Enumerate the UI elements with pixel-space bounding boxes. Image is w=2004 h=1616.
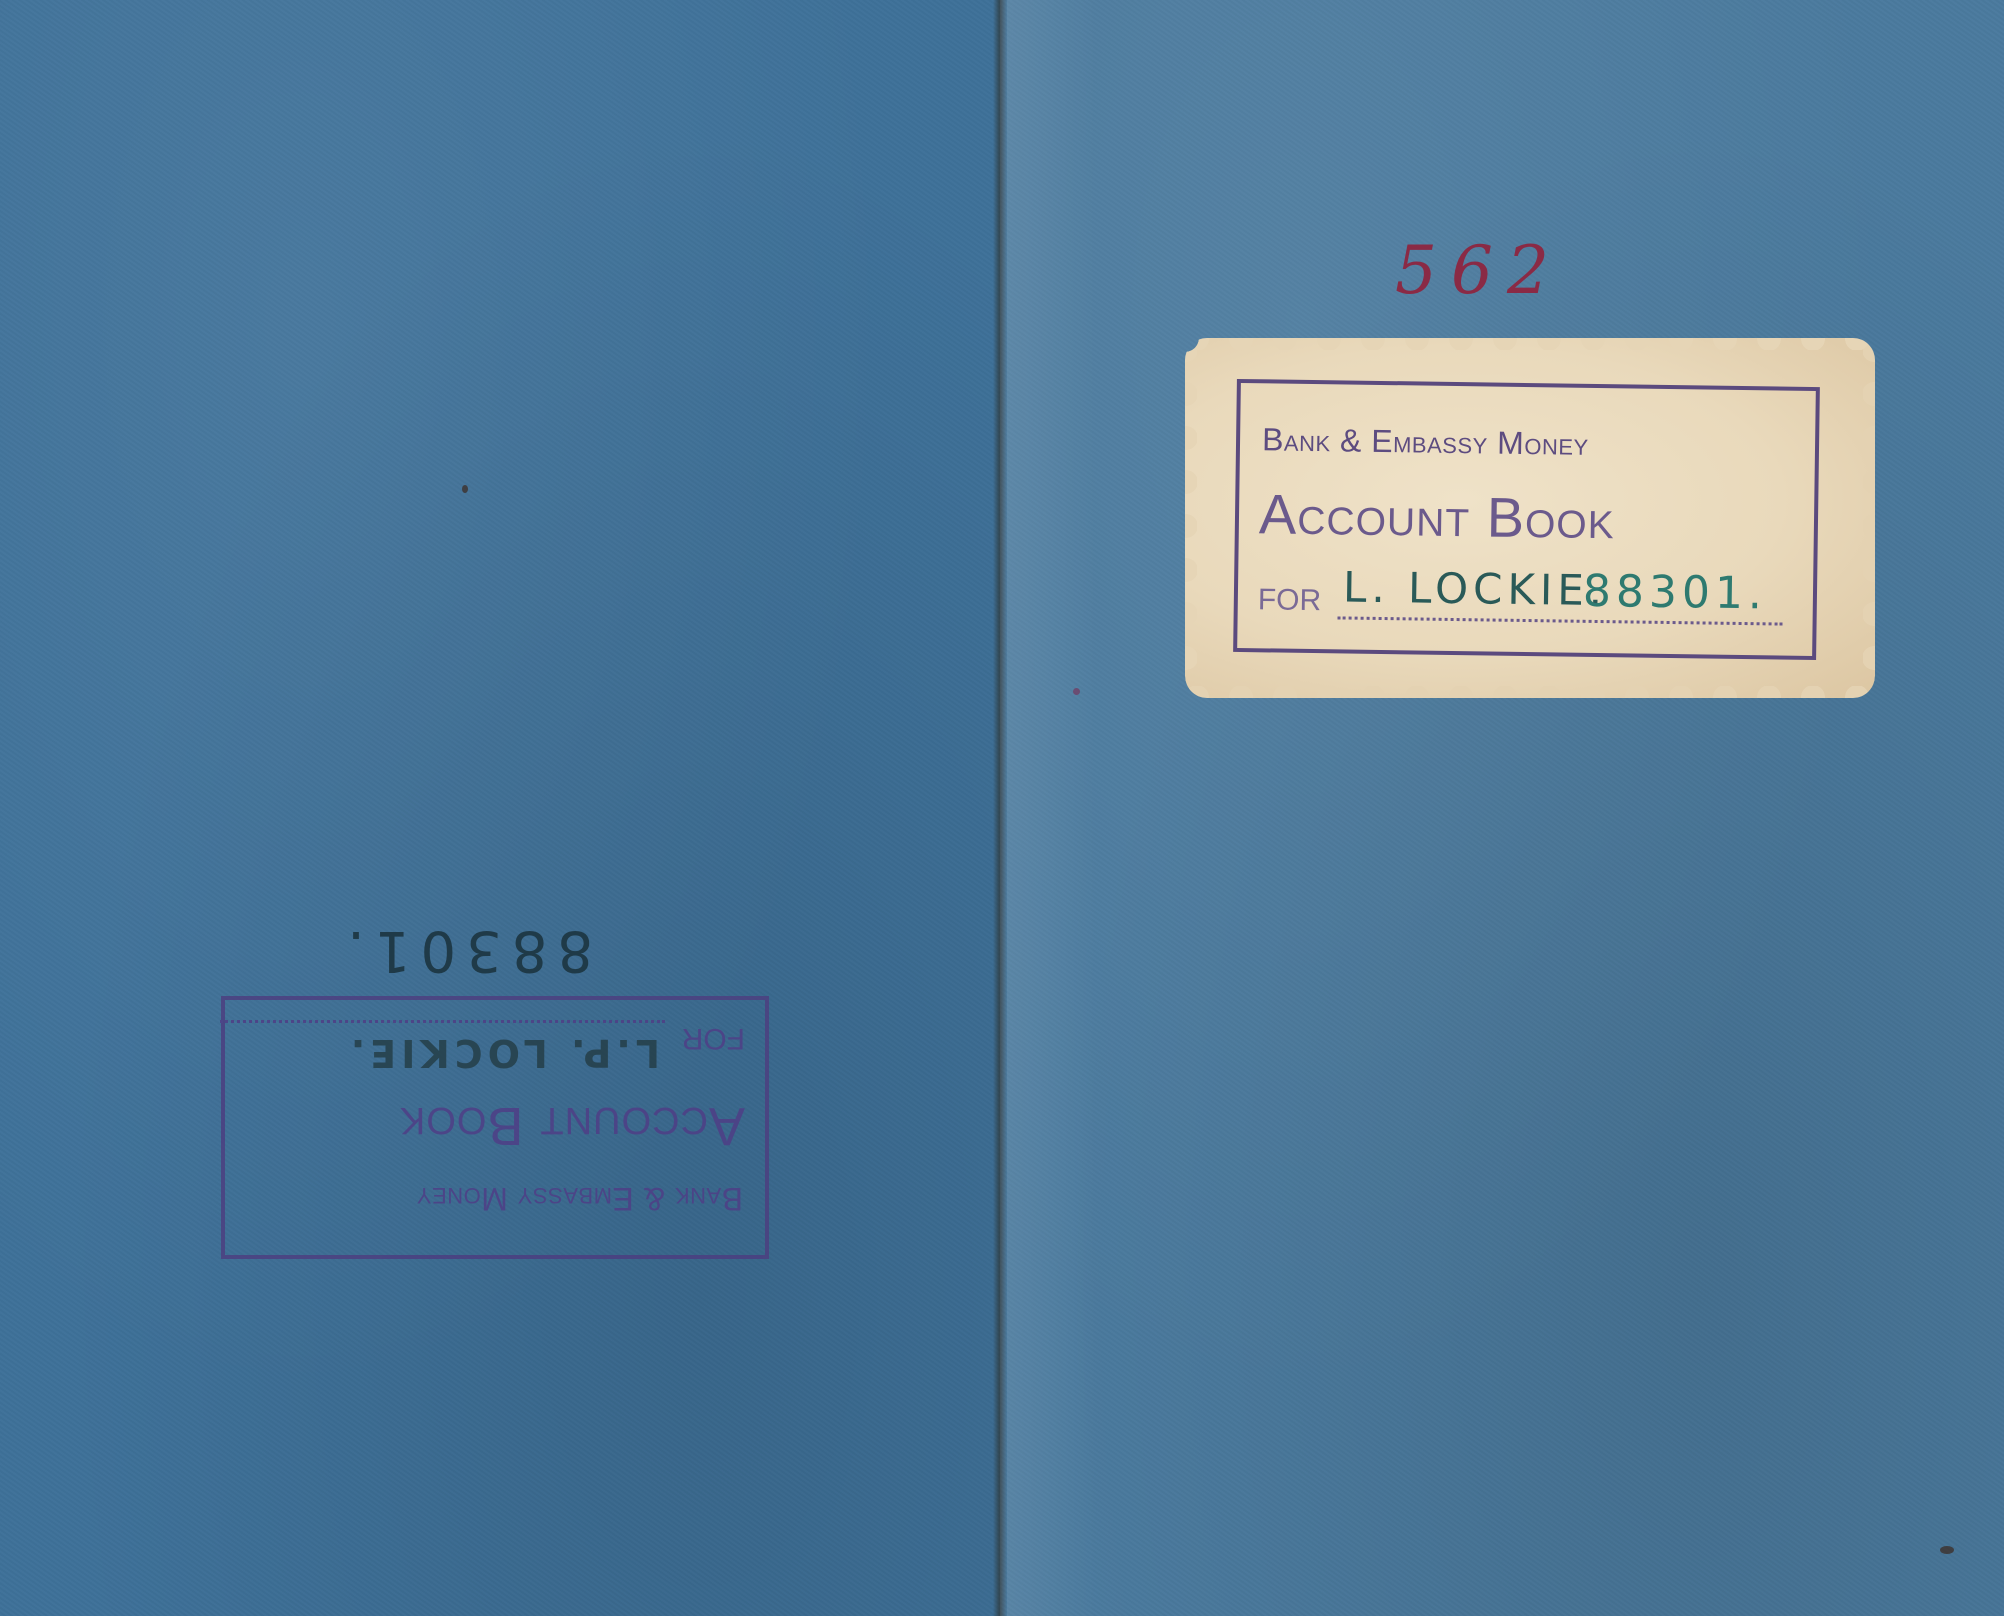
- stamp-border: Bank & Embassy Money Account Book FOR L.…: [221, 996, 769, 1259]
- back-cover: Bank & Embassy Money Account Book FOR L.…: [0, 0, 1000, 1616]
- spine-fold: [993, 0, 1007, 1616]
- handwritten-reference-number: 562: [1395, 232, 1563, 309]
- stamp-border: Bank & Embassy Money Account Book FOR L.…: [1233, 379, 1820, 660]
- front-cover-label: Bank & Embassy Money Account Book FOR L.…: [1185, 338, 1875, 698]
- spine-highlight: [1007, 0, 1097, 1616]
- handwritten-account-number: 88301.: [337, 918, 593, 983]
- stamp-dotted-line: [220, 1020, 665, 1023]
- stamp-title: Account Book: [399, 1095, 745, 1157]
- back-cover-stamp: Bank & Embassy Money Account Book FOR L.…: [218, 908, 773, 1263]
- handwritten-account-number: 88301.: [1583, 566, 1768, 620]
- stain-mark: [462, 485, 468, 493]
- stamp-bank-name: Bank & Embassy Money: [1262, 421, 1589, 463]
- stain-mark: [1940, 1546, 1954, 1554]
- handwritten-owner-name: L. LOCKIE.: [1343, 562, 1608, 615]
- stamp-bank-name: Bank & Embassy Money: [416, 1180, 743, 1217]
- handwritten-owner-name: L.P. LOCKIE.: [346, 1031, 660, 1075]
- stamp-title: Account Book: [1259, 481, 1616, 551]
- stamp-for-label: FOR: [682, 1021, 745, 1055]
- stamp-for-label: FOR: [1258, 583, 1322, 618]
